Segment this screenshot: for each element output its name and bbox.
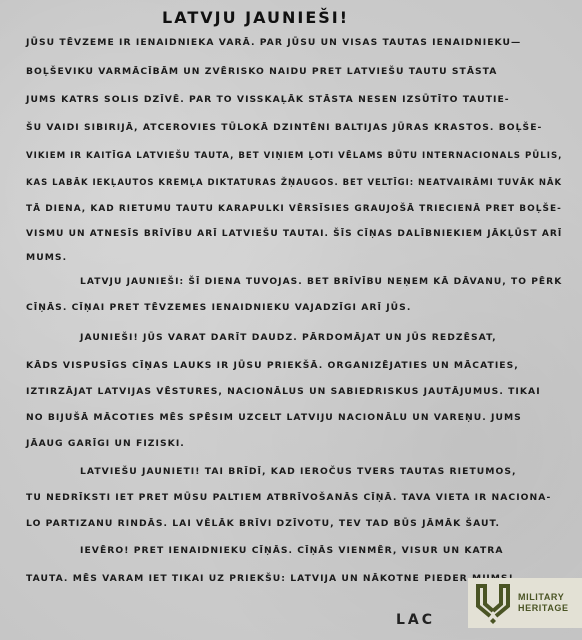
- text-line: Latviešu jaunieti! Tai brīdī, kad ieroču…: [80, 466, 517, 477]
- text-line: kāds vispusīgs cīņas lauks ir Jūsu priek…: [26, 360, 519, 371]
- text-line: lo partizanu rindās. Lai vēlāk brīvi dzī…: [26, 518, 500, 529]
- watermark-line-2: HERITAGE: [518, 603, 569, 614]
- text-line: no bijušā mācoties mēs spēsim uzcelt Lat…: [26, 412, 522, 423]
- text-line: tu nedrīksti iet pret mūsu paltiem atbrī…: [26, 492, 551, 503]
- text-line: jāaug garīgi un fiziski.: [26, 438, 185, 449]
- handwritten-leaflet: LATVJU JAUNIEŠI! Jūsu Tēvzeme ir ienaidn…: [0, 0, 582, 640]
- leaflet-title: LATVJU JAUNIEŠI!: [162, 8, 349, 27]
- watermark-text: MILITARY HERITAGE: [518, 592, 569, 614]
- shield-bracket-logo-icon: [474, 582, 512, 624]
- text-line: šu vaidi Sibirijā, atcerovies tūlokā dzi…: [26, 122, 542, 133]
- text-line: boļševiku varmācībām un zvērisko naidu p…: [26, 66, 497, 77]
- text-line: kas labāk iekļautos kremļa diktaturas žņ…: [26, 177, 562, 188]
- military-heritage-watermark: MILITARY HERITAGE: [468, 578, 582, 628]
- text-line: tā diena, kad rietumu tautu karapulki vē…: [26, 203, 562, 214]
- text-line: Jaunieši! Jūs varat darīt daudz. Pārdomā…: [80, 332, 497, 343]
- watermark-line-1: MILITARY: [518, 592, 569, 603]
- text-line: tauta. Mēs varam iet tikai uz priekšu: L…: [26, 573, 514, 584]
- text-line: mums.: [26, 252, 67, 263]
- text-line: vismu un atnesīs brīvību arī latviešu ta…: [26, 228, 562, 239]
- text-line: Jums katrs solis dzīvē. Par to visskaļāk…: [26, 94, 510, 105]
- text-line: iztirzājat Latvijas vēstures, nacionālus…: [26, 386, 541, 397]
- signature: LAC: [396, 612, 435, 628]
- text-line: Jūsu Tēvzeme ir ienaidnieka varā. Par Jū…: [26, 37, 521, 48]
- text-line: Latvju jaunieši: šī diena tuvojas. Bet b…: [80, 276, 562, 287]
- text-line: Ievēro! Pret ienaidnieku cīņās. Cīņās vi…: [80, 545, 504, 556]
- text-line: vikiem ir kaitīga latviešu tauta, bet vi…: [26, 150, 562, 161]
- text-line: cīņās. Cīņai pret Tēvzemes ienaidnieku v…: [26, 302, 411, 313]
